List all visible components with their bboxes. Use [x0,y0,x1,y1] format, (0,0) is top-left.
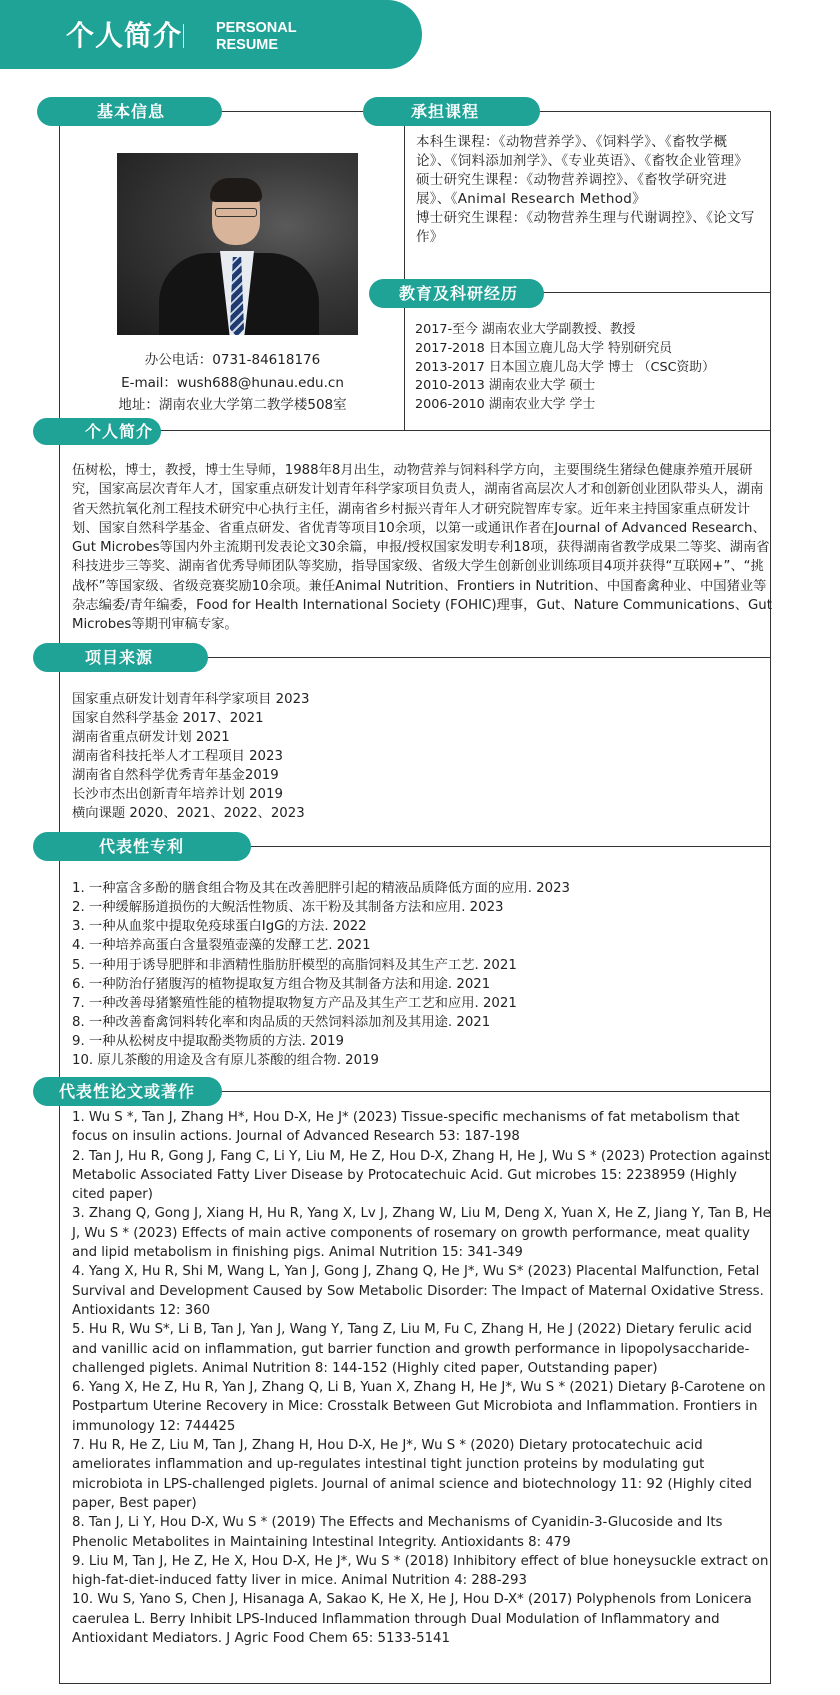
project-item: 湖南省科技托举人才工程项目 2023 [72,745,283,764]
project-item: 横向课题 2020、2021、2022、2023 [72,802,305,821]
photo-hair [210,178,262,202]
paper-item: 5. Hu R, Wu S*, Li B, Tan J, Yan J, Wang… [72,1320,772,1378]
divider [160,430,770,431]
education-item: 2013-2017 日本国立鹿儿岛大学 博士 （CSC资助） [415,356,715,375]
courses-text: 本科生课程：《动物营养学》、《饲料学》、《畜牧学概论》、《饲料添加剂学》、《专业… [416,133,761,247]
patent-item: 5. 一种用于诱导肥胖和非酒精性脂肪肝模型的高脂饲料及其生产工艺. 2021 [72,954,517,973]
patent-item: 10. 原儿茶酸的用途及含有原儿茶酸的组合物. 2019 [72,1049,379,1068]
divider [205,657,770,658]
project-item: 国家重点研发计划青年科学家项目 2023 [72,688,310,707]
patent-item: 2. 一种缓解肠道损伤的大鲵活性物质、冻干粉及其制备方法和应用. 2023 [72,896,504,915]
education-item: 2017-至今 湖南农业大学副教授、教授 [415,318,635,337]
project-item: 国家自然科学基金 2017、2021 [72,707,264,726]
paper-item: 9. Liu M, Tan J, He Z, He X, Hou D-X, He… [72,1552,772,1591]
paper-item: 1. Wu S *, Tan J, Zhang H*, Hou D-X, He … [72,1108,772,1147]
section-heading-education: 教育及科研经历 [369,279,544,308]
paper-item: 8. Tan J, Li Y, Hou D-X, Wu S * (2019) T… [72,1513,772,1552]
page-subtitle: PERSONAL RESUME [216,20,297,54]
section-heading-papers: 代表性论文或著作 [33,1077,222,1106]
email[interactable]: E-mail：wush688@hunau.edu.cn [60,371,405,391]
address: 地址：湖南农业大学第二教学楼508室 [60,393,405,413]
section-heading-basic-info: 基本信息 [37,97,222,126]
patent-item: 3. 一种从血浆中提取免疫球蛋白IgG的方法. 2022 [72,915,367,934]
paper-item: 10. Wu S, Yano S, Chen J, Hisanaga A, Sa… [72,1590,772,1648]
office-phone: 办公电话：0731-84618176 [60,348,405,368]
divider [59,1683,771,1684]
education-item: 2017-2018 日本国立鹿儿岛大学 特别研究员 [415,337,672,356]
photo-glasses [215,208,257,217]
paper-item: 2. Tan J, Hu R, Gong J, Fang C, Li Y, Li… [72,1147,772,1205]
patent-item: 4. 一种培养高蛋白含量裂殖壶藻的发酵工艺. 2021 [72,934,371,953]
patent-item: 1. 一种富含多酚的膳食组合物及其在改善肥胖引起的精液品质降低方面的应用. 20… [72,877,570,896]
paper-item: 4. Yang X, Hu R, Shi M, Wang L, Yan J, G… [72,1262,772,1320]
divider [220,1091,770,1092]
section-heading-courses: 承担课程 [363,97,540,126]
section-heading-profile: 个人简介 [33,418,161,445]
education-item: 2010-2013 湖南农业大学 硕士 [415,374,595,393]
profile-text: 伍树松，博士，教授，博士生导师，1988年8月出生，动物营养与饲料科学方向，主要… [72,461,772,635]
papers-list: 1. Wu S *, Tan J, Zhang H*, Hou D-X, He … [72,1108,772,1648]
patent-item: 7. 一种改善母猪繁殖性能的植物提取物复方产品及其生产工艺和应用. 2021 [72,992,517,1011]
course-undergrad: 本科生课程：《动物营养学》、《饲料学》、《畜牧学概论》、《饲料添加剂学》、《专业… [416,133,761,247]
patent-item: 9. 一种从松树皮中提取酚类物质的方法. 2019 [72,1030,344,1049]
divider [59,445,60,1683]
subtitle-line-1: PERSONAL [216,20,297,37]
section-heading-patents: 代表性专利 [33,832,251,861]
divider [540,292,770,293]
divider [248,846,770,847]
project-item: 湖南省重点研发计划 2021 [72,726,230,745]
portrait-photo [117,153,358,335]
section-heading-projects: 项目来源 [33,643,208,672]
divider [770,111,771,430]
header-banner: 个人简介 PERSONAL RESUME [0,0,422,69]
project-item: 湖南省自然科学优秀青年基金2019 [72,764,279,783]
divider [530,111,770,112]
education-item: 2006-2010 湖南农业大学 学士 [415,393,595,412]
divider [220,111,370,112]
patent-item: 6. 一种防治仔猪腹泻的植物提取复方组合物及其制备方法和用途. 2021 [72,973,490,992]
title-divider [183,24,184,48]
paper-item: 3. Zhang Q, Gong J, Xiang H, Hu R, Yang … [72,1204,772,1262]
paper-item: 7. Hu R, He Z, Liu M, Tan J, Zhang H, Ho… [72,1436,772,1513]
patent-item: 8. 一种改善畜禽饲料转化率和肉品质的天然饲料添加剂及其用途. 2021 [72,1011,490,1030]
paper-item: 6. Yang X, He Z, Hu R, Yan J, Zhang Q, L… [72,1378,772,1436]
page-title: 个人简介 [66,14,182,54]
subtitle-line-2: RESUME [216,37,297,54]
project-item: 长沙市杰出创新青年培养计划 2019 [72,783,283,802]
